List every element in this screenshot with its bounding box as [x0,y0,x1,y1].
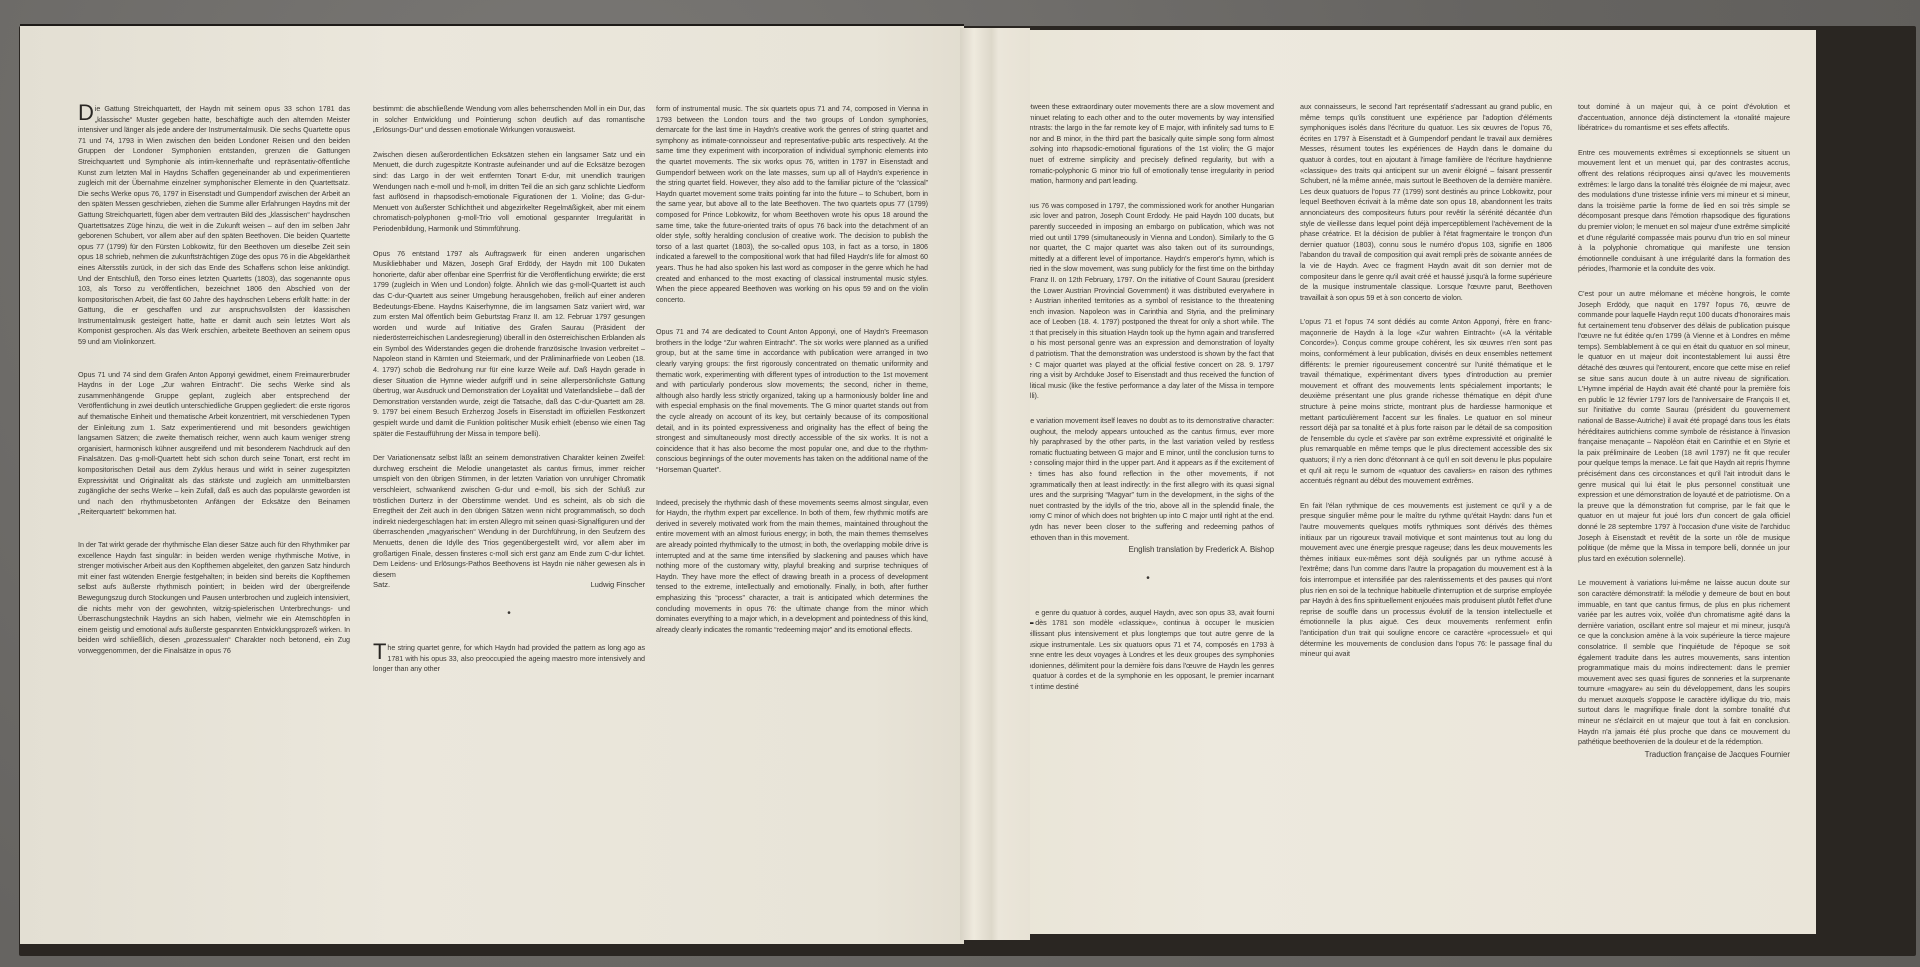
paragraph: aux connaisseurs, le second l'art représ… [1300,102,1552,303]
german-column-2: bestimmt: die abschließende Wendung vom … [373,104,645,689]
signature-row: Satz. Ludwig Finscher [373,580,645,591]
french-column-2: tout dominé à un majeur qui, à ce point … [1578,102,1790,760]
paragraph: Opus 71 and 74 are dedicated to Count An… [656,327,928,475]
translator-credit: Traduction française de Jacques Fournier [1578,750,1790,761]
drop-cap: T [373,643,386,661]
section-separator: • [1022,574,1274,584]
translator-credit: English translation by Frederick A. Bish… [1022,545,1274,556]
author-signature: Ludwig Finscher [590,580,645,591]
paragraph: Opus 76 was composed in 1797, the commis… [1022,201,1274,402]
paragraph: Der Variationensatz selbst läßt an seine… [373,453,645,580]
paragraph: In der Tat wirkt gerade der rhythmische … [78,540,350,657]
paragraph: form of instrumental music. The six quar… [656,104,928,305]
paragraph: Indeed, precisely the rhythmic dash of t… [656,498,928,636]
paragraph: Entre ces mouvements extrêmes si excepti… [1578,148,1790,275]
paragraph: C'est pour un autre mélomane et mécène h… [1578,289,1790,564]
section-separator: • [373,609,645,619]
gatefold-crease [960,28,1030,940]
left-page: Die Gattung Streichquartett, der Haydn m… [20,24,964,944]
paragraph: Between these extraordinary outer moveme… [1022,102,1274,187]
paragraph: Die Gattung Streichquartett, der Haydn m… [78,104,350,348]
paragraph: Opus 76 entstand 1797 als Auftragswerk f… [373,249,645,440]
paragraph: The string quartet genre, for which Hayd… [373,643,645,675]
paragraph: En fait l'élan rythmique de ces mouvemen… [1300,501,1552,660]
right-page: Between these extraordinary outer moveme… [964,30,1816,934]
paragraph: Opus 71 und 74 sind dem Grafen Anton App… [78,370,350,518]
paragraph: L'opus 71 et l'opus 74 sont dédiés au co… [1300,317,1552,487]
german-column-1: Die Gattung Streichquartett, der Haydn m… [78,104,350,671]
paragraph: The variation movement itself leaves no … [1022,416,1274,543]
english-column-1: form of instrumental music. The six quar… [656,104,928,649]
french-column-1: aux connaisseurs, le second l'art représ… [1300,102,1552,674]
paragraph: tout dominé à un majeur qui, à ce point … [1578,102,1790,134]
paragraph: bestimmt: die abschließende Wendung vom … [373,104,645,136]
paragraph: Zwischen diesen außerordentlichen Ecksät… [373,150,645,235]
paragraph: Le genre du quatuor à cordes, auquel Hay… [1022,608,1274,693]
closing-word: Satz. [373,580,390,591]
paragraph: Le mouvement à variations lui-même ne la… [1578,578,1790,748]
drop-cap: D [78,104,94,122]
english-column-2: Between these extraordinary outer moveme… [1022,102,1274,707]
